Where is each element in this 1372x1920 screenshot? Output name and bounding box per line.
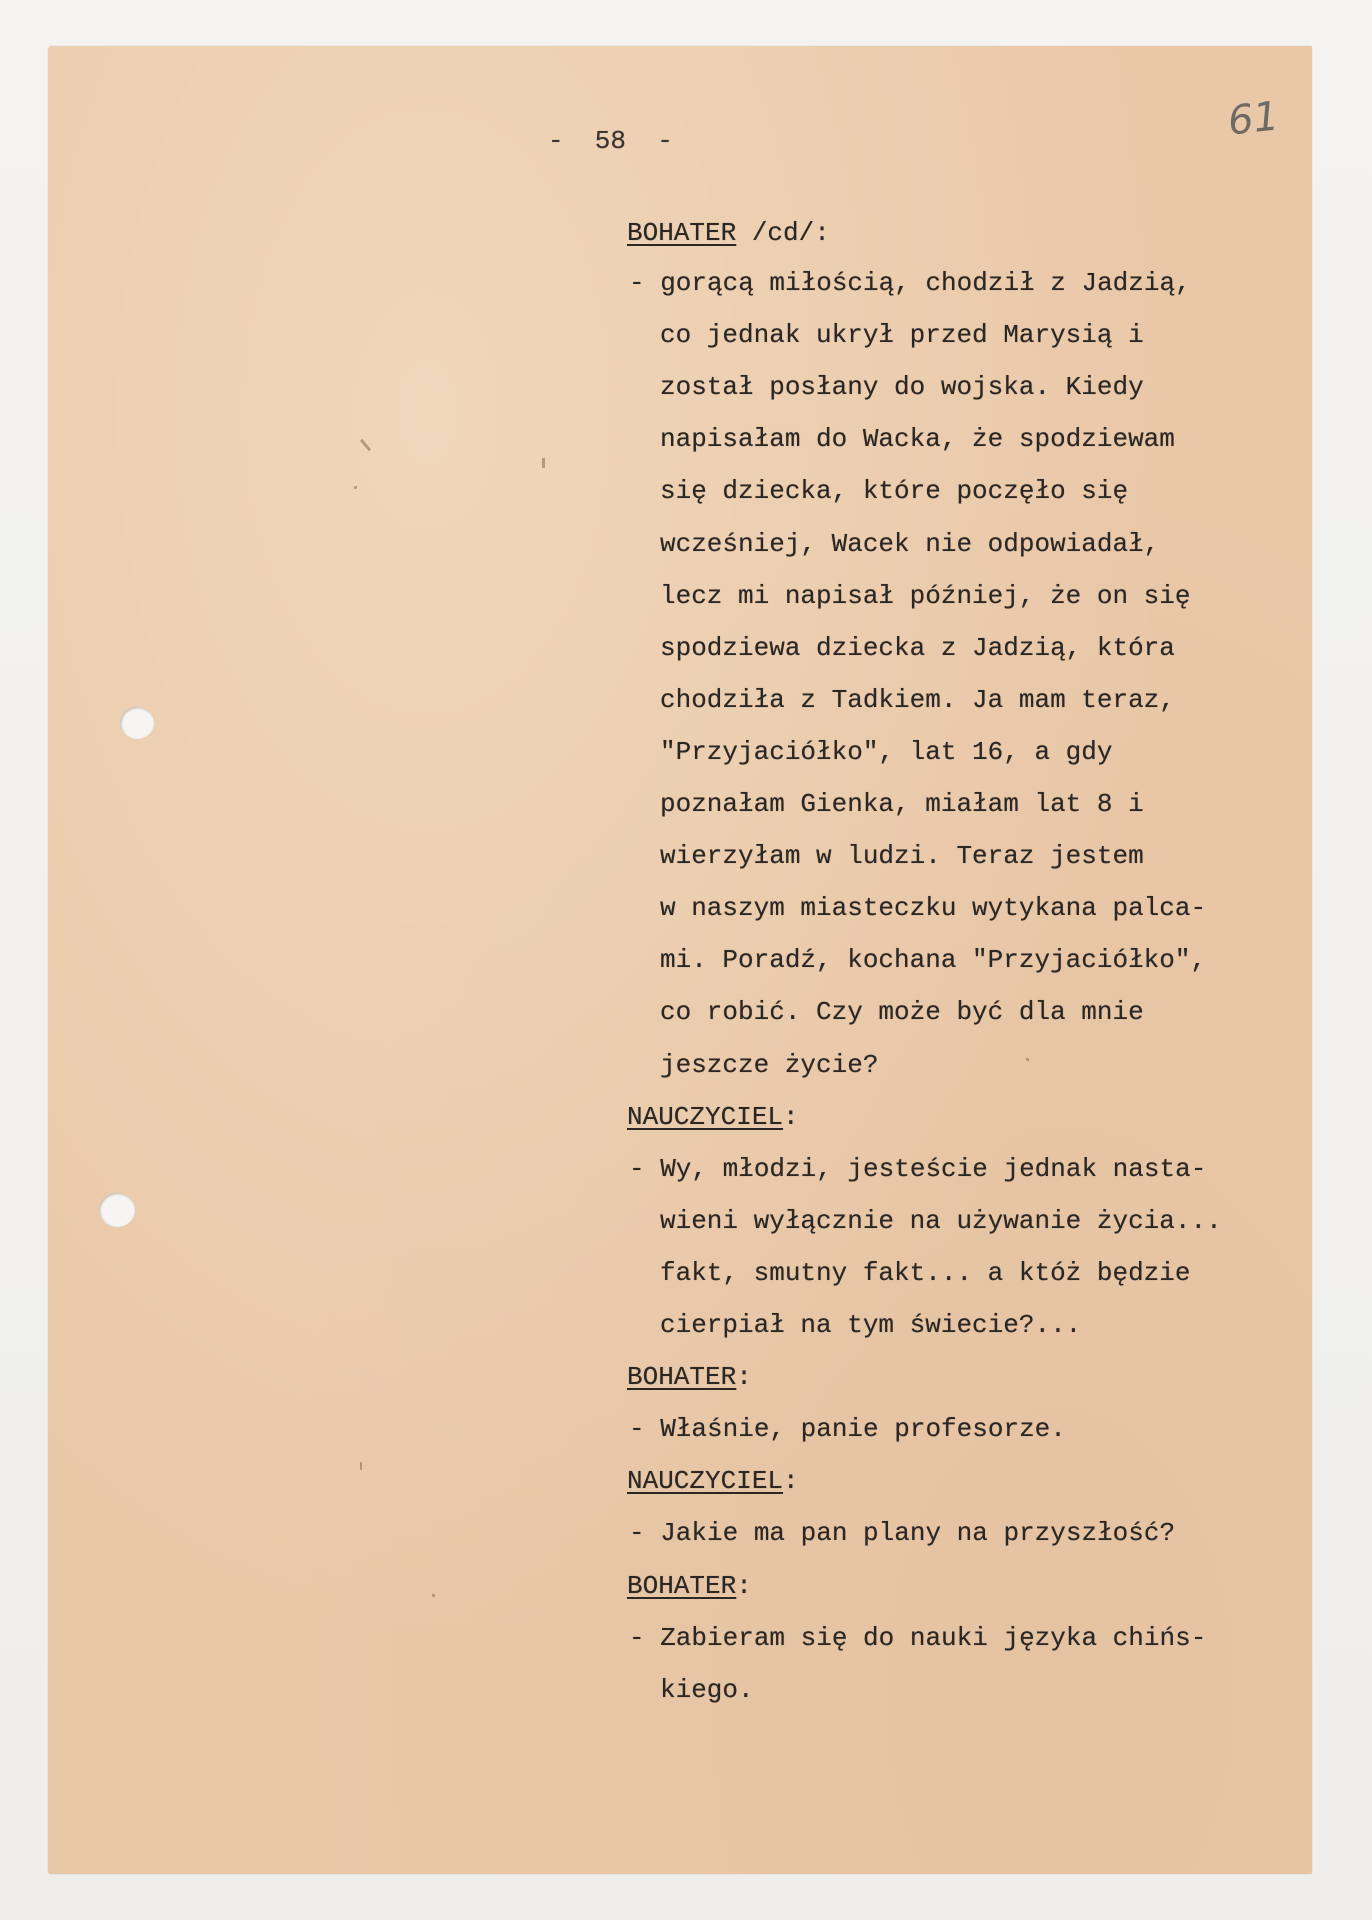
speaker-label: BOHATER /cd/:	[627, 220, 830, 246]
dialog-line-continuation: chodziła z Tadkiem. Ja mam teraz,	[660, 687, 1175, 713]
speaker-label: BOHATER:	[627, 1573, 752, 1599]
dialog-line-continuation: co robić. Czy może być dla mnie	[660, 999, 1144, 1025]
dialog-line-continuation: został posłany do wojska. Kiedy	[660, 374, 1144, 400]
dialog-line-continuation: napisałam do Wacka, że spodziewam	[660, 426, 1175, 452]
paper-fleck	[360, 1462, 362, 1470]
dialog-line-continuation: kiego.	[660, 1677, 754, 1703]
paper-fleck	[1026, 1058, 1029, 1061]
dialog-line-continuation: lecz mi napisał później, że on się	[660, 583, 1191, 609]
paper-fleck	[432, 1594, 435, 1597]
speaker-name: BOHATER	[627, 1571, 736, 1601]
handwritten-folio-number: 61	[1226, 93, 1281, 144]
dialog-line-continuation: jeszcze życie?	[660, 1052, 878, 1078]
punch-hole-upper	[120, 707, 154, 739]
speaker-label: BOHATER:	[627, 1364, 752, 1390]
paper-fleck	[360, 439, 371, 452]
dialog-line: - Właśnie, panie profesorze.	[629, 1416, 1066, 1442]
speaker-suffix: :	[783, 1466, 799, 1496]
speaker-name: NAUCZYCIEL	[627, 1466, 783, 1496]
speaker-label: NAUCZYCIEL:	[627, 1468, 799, 1494]
page-number: - 58 -	[548, 128, 673, 154]
dialog-line-continuation: co jednak ukrył przed Marysią i	[660, 322, 1144, 348]
dialog-line-continuation: wieni wyłącznie na używanie życia...	[660, 1208, 1222, 1234]
speaker-suffix: :	[736, 1571, 752, 1601]
dialog-line-continuation: spodziewa dziecka z Jadzią, która	[660, 635, 1175, 661]
dialog-line: - Wy, młodzi, jesteście jednak nasta-	[629, 1156, 1206, 1182]
speaker-name: NAUCZYCIEL	[627, 1102, 783, 1132]
dialog-line: - Zabieram się do nauki języka chińs-	[629, 1625, 1206, 1651]
dialog-line: - Jakie ma pan plany na przyszłość?	[629, 1520, 1175, 1546]
dialog-line: - gorącą miłością, chodził z Jadzią,	[629, 270, 1191, 296]
dialog-line-continuation: cierpiał na tym świecie?...	[660, 1312, 1081, 1338]
dialog-line-continuation: fakt, smutny fakt... a któż będzie	[660, 1260, 1191, 1286]
speaker-suffix: :	[783, 1102, 799, 1132]
speaker-suffix: /cd/:	[736, 218, 830, 248]
speaker-name: BOHATER	[627, 218, 736, 248]
dialog-line-continuation: mi. Poradź, kochana "Przyjaciółko",	[660, 947, 1206, 973]
speaker-name: BOHATER	[627, 1362, 736, 1392]
paper-fleck	[354, 486, 357, 489]
dialog-line-continuation: "Przyjaciółko", lat 16, a gdy	[660, 739, 1112, 765]
dialog-line-continuation: wcześniej, Wacek nie odpowiadał,	[660, 531, 1159, 557]
dialog-line-continuation: się dziecka, które poczęło się	[660, 478, 1128, 504]
speaker-label: NAUCZYCIEL:	[627, 1104, 799, 1130]
speaker-suffix: :	[736, 1362, 752, 1392]
paper-fleck	[542, 458, 545, 468]
dialog-line-continuation: w naszym miasteczku wytykana palca-	[660, 895, 1206, 921]
punch-hole-lower	[99, 1193, 135, 1227]
dialog-line-continuation: wierzyłam w ludzi. Teraz jestem	[660, 843, 1144, 869]
dialog-line-continuation: poznałam Gienka, miałam lat 8 i	[660, 791, 1144, 817]
